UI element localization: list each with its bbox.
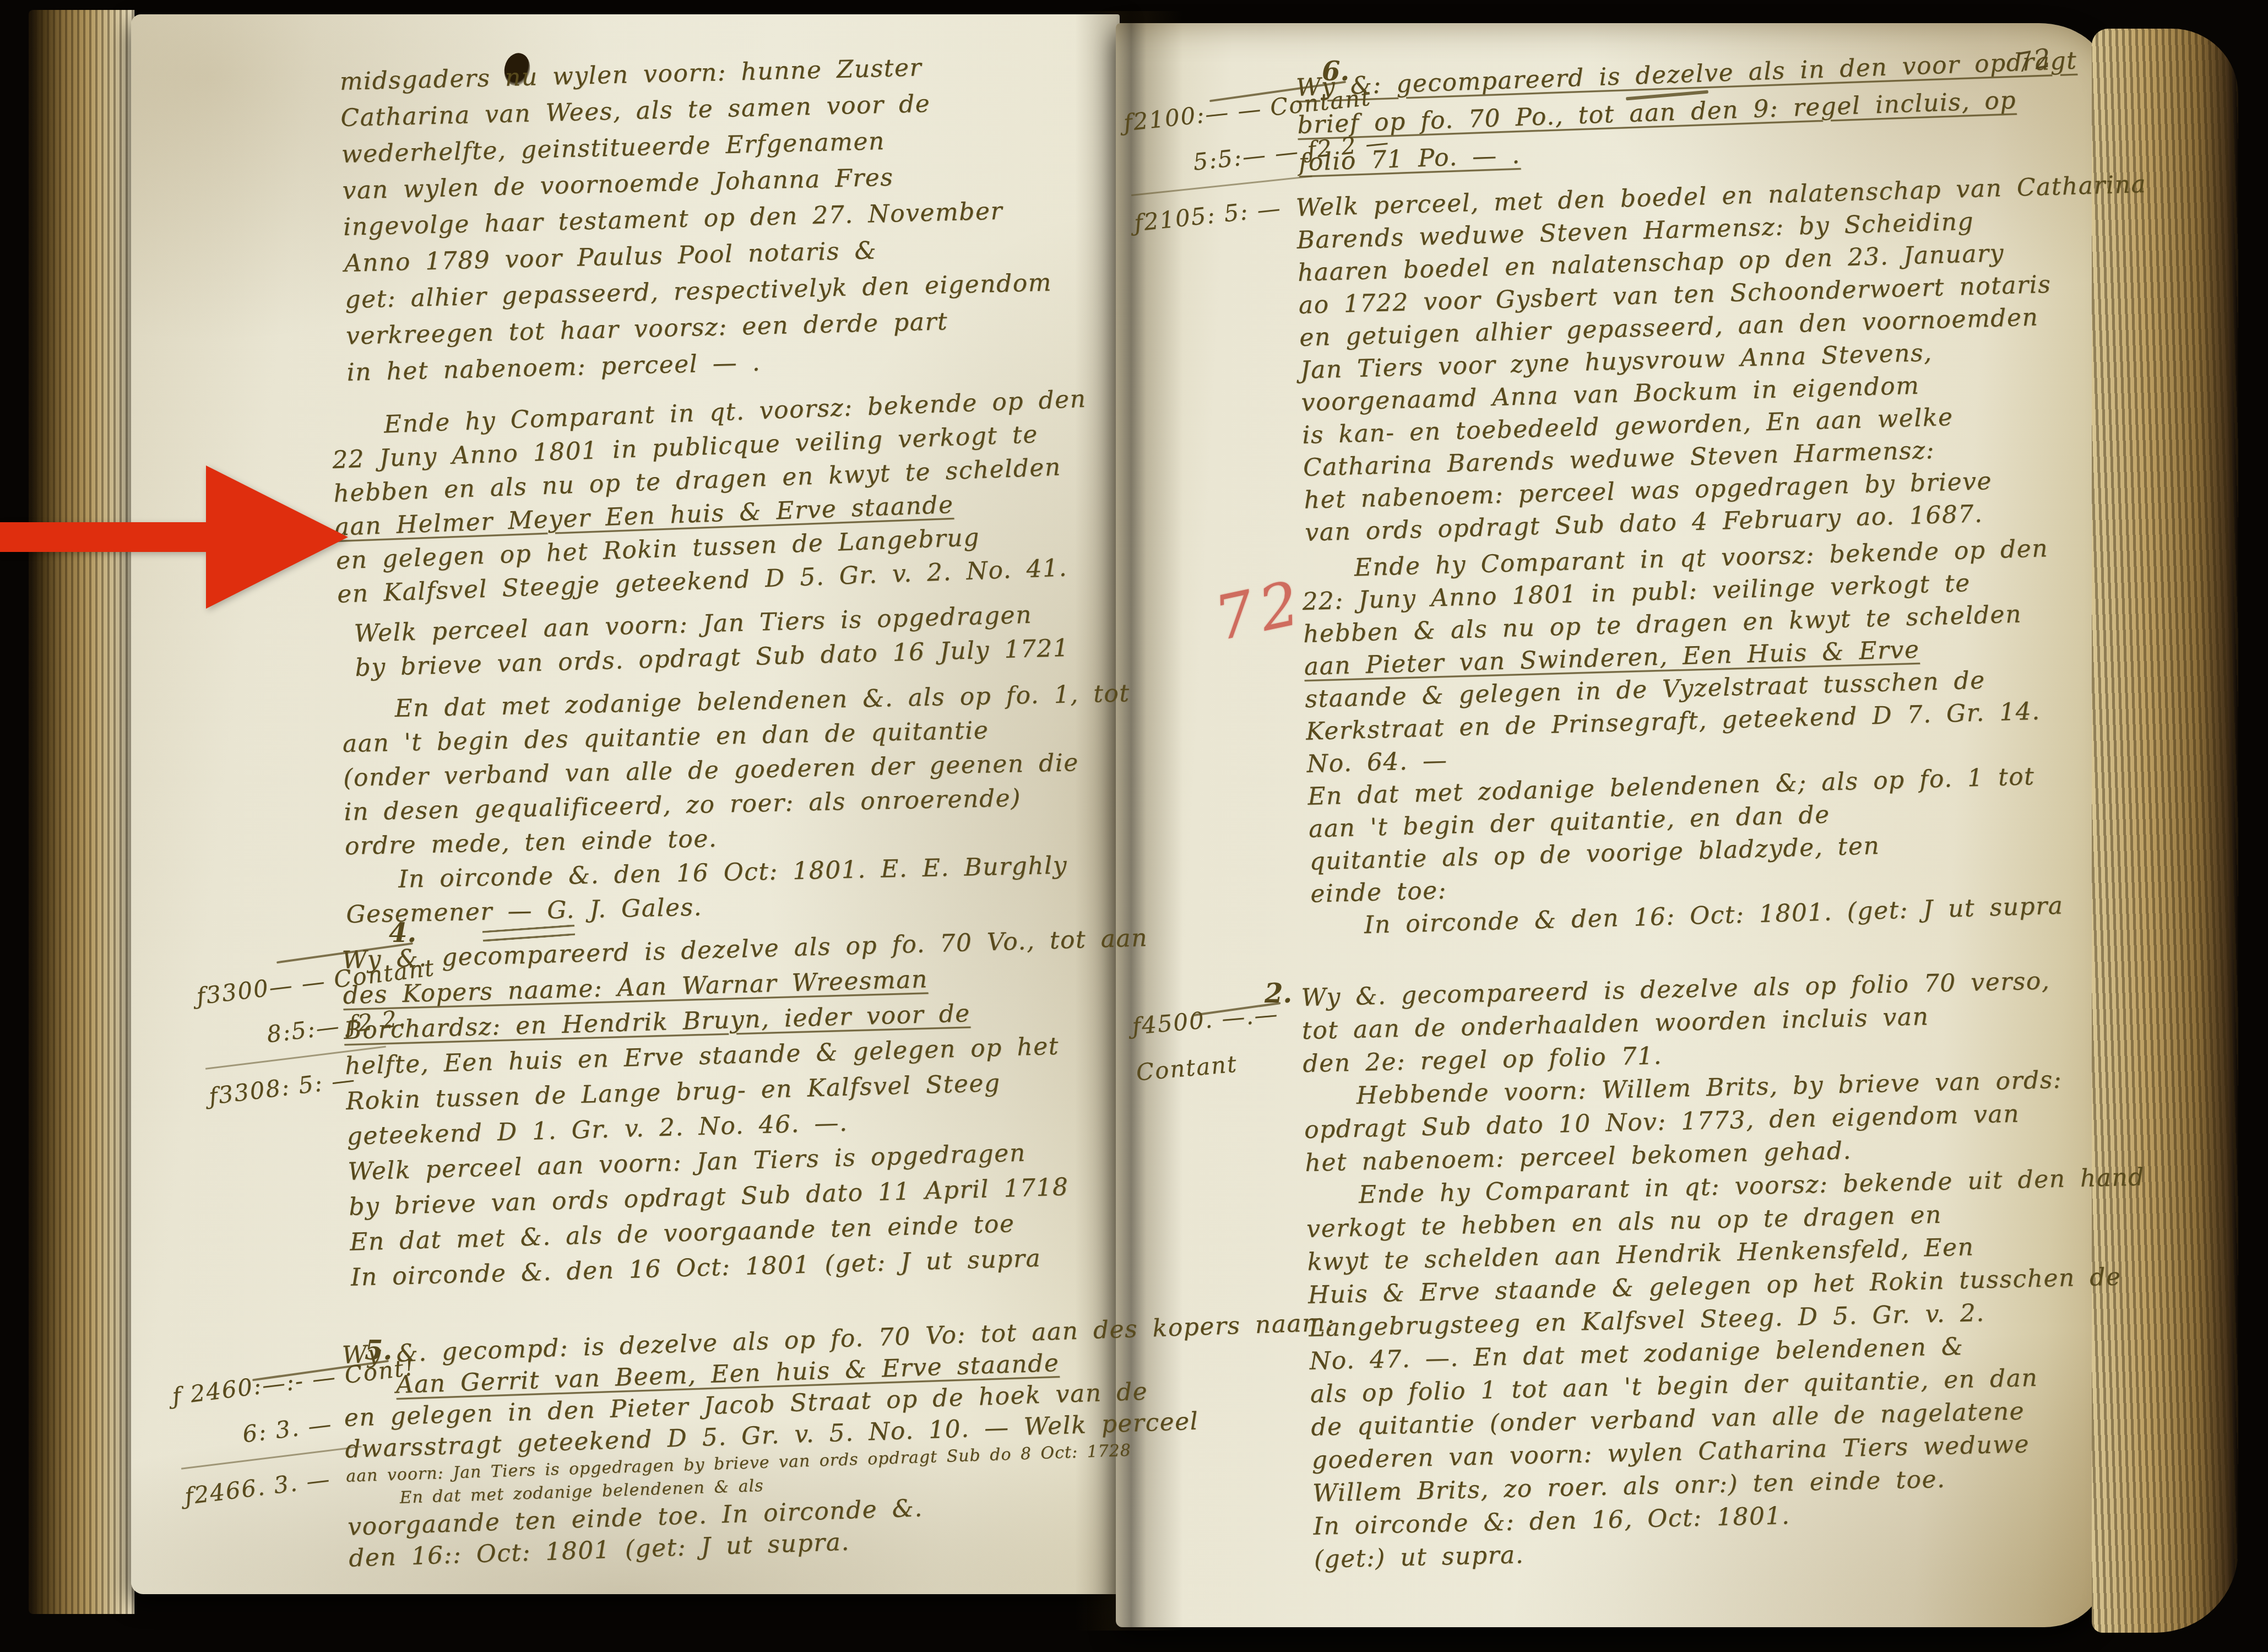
right-entry-2: Wy &. gecompareerd is dezelve als op fol… bbox=[1301, 962, 2153, 1576]
left-entry-4: Wy &. gecompareerd is dezelve als op fo.… bbox=[341, 920, 1157, 1296]
left-page-edge-stack bbox=[29, 10, 134, 1614]
entry-number-5: 5. bbox=[365, 1335, 392, 1366]
arrow-head-icon bbox=[206, 465, 348, 609]
book-scan: midsgaders nu wylen voorn: hunne ZusterC… bbox=[0, 0, 2268, 1652]
ink-folio-number: 72 bbox=[2014, 42, 2055, 79]
left-paragraph-heirs: midsgaders nu wylen voorn: hunne ZusterC… bbox=[339, 47, 1054, 391]
entry-number-6: 6. bbox=[1322, 56, 1349, 87]
left-paragraph-sale-helmer-meyer: Ende hy Comparant in qt. voorsz: bekende… bbox=[330, 382, 1093, 611]
left-entry-5: Wy &. gecompd: is dezelve als op fo. 70 … bbox=[341, 1307, 1342, 1574]
right-paragraph-sale-van-swinderen: Ende hy Comparant in qt voorsz: bekende … bbox=[1301, 532, 2064, 943]
left-paragraph-closing: En dat met zodanige belendenen &. als op… bbox=[341, 676, 1135, 932]
entry-number-2: 2. bbox=[1265, 978, 1292, 1009]
margin-sum-entry-4: ƒ3300— — Contant8:5:— ƒ2 2.ƒ3308: 5: — bbox=[194, 945, 450, 1120]
entry-number-4: 4. bbox=[389, 918, 416, 949]
right-paragraph-estate: Welk perceel, met den boedel en nalatens… bbox=[1295, 168, 2156, 549]
margin-sum-entry-5: ƒ 2460:—:- — Cont!6: 3. —ƒ2466. 3. — bbox=[170, 1344, 430, 1520]
margin-sum-entry-6: ƒ2100:— — Contant5:5:— — ƒ2 2 —ƒ2105: 5:… bbox=[1121, 73, 1397, 246]
arrow-shaft bbox=[0, 522, 223, 552]
